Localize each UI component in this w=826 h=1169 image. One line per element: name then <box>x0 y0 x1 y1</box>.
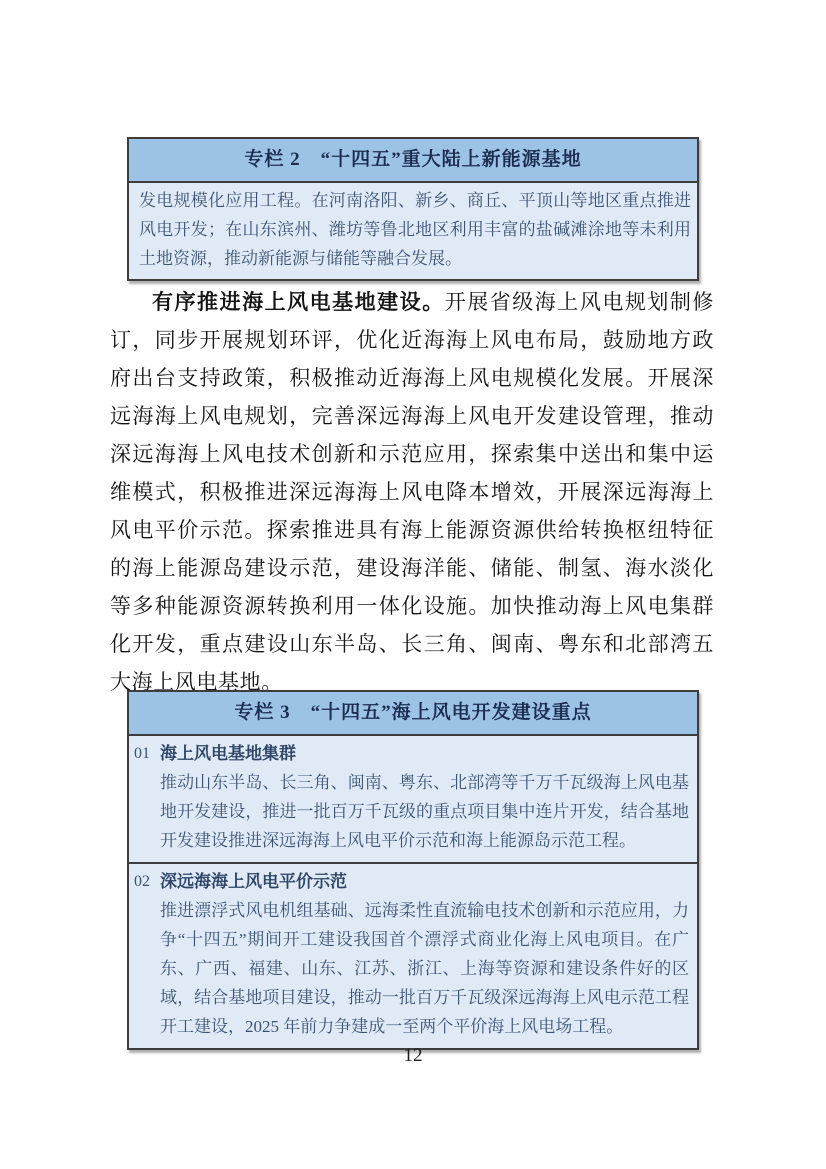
main-paragraph: 有序推进海上风电基地建设。开展省级海上风电规划制修订，同步开展规划环评，优化近海… <box>110 283 714 701</box>
box-3-body: 01 海上风电基地集群 推动山东半岛、长三角、闽南、粤东、北部湾等千万千瓦级海上… <box>129 736 697 1048</box>
section-01-number: 01 <box>134 740 160 855</box>
callout-box-3: 专栏 3 “十四五”海上风电开发建设重点 01 海上风电基地集群 推动山东半岛、… <box>127 690 699 1050</box>
box-2-title: 专栏 2 “十四五”重大陆上新能源基地 <box>244 149 581 170</box>
box-2-header: 专栏 2 “十四五”重大陆上新能源基地 <box>129 139 697 183</box>
paragraph-body-text: 开展省级海上风电规划制修订，同步开展规划环评，优化近海海上风电布局，鼓励地方政府… <box>110 290 714 694</box>
box-2-body: 发电规模化应用工程。在河南洛阳、新乡、商丘、平顶山等地区重点推进风电开发；在山东… <box>129 183 697 279</box>
section-01-heading: 海上风电基地集群 <box>160 740 689 768</box>
box-3-section-01: 01 海上风电基地集群 推动山东半岛、长三角、闽南、粤东、北部湾等千万千瓦级海上… <box>129 736 697 862</box>
box-3-title: 专栏 3 “十四五”海上风电开发建设重点 <box>234 702 591 723</box>
callout-box-2: 专栏 2 “十四五”重大陆上新能源基地 发电规模化应用工程。在河南洛阳、新乡、商… <box>127 137 699 281</box>
section-01-body: 推动山东半岛、长三角、闽南、粤东、北部湾等千万千瓦级海上风电基地开发建设，推进一… <box>160 768 689 855</box>
document-page: 专栏 2 “十四五”重大陆上新能源基地 发电规模化应用工程。在河南洛阳、新乡、商… <box>0 0 826 1169</box>
paragraph-lead-bold: 有序推进海上风电基地建设。 <box>152 290 445 314</box>
section-02-body: 推进漂浮式风电机组基础、远海柔性直流输电技术创新和示范应用，力争“十四五”期间开… <box>160 896 689 1041</box>
box-2-body-text: 发电规模化应用工程。在河南洛阳、新乡、商丘、平顶山等地区重点推进风电开发；在山东… <box>129 183 697 279</box>
box-3-section-02: 02 深远海海上风电平价示范 推进漂浮式风电机组基础、远海柔性直流输电技术创新和… <box>129 862 697 1048</box>
page-number: 12 <box>0 1045 826 1067</box>
section-02-heading: 深远海海上风电平价示范 <box>160 868 689 896</box>
box-3-header: 专栏 3 “十四五”海上风电开发建设重点 <box>129 692 697 736</box>
section-02-number: 02 <box>134 868 160 1041</box>
